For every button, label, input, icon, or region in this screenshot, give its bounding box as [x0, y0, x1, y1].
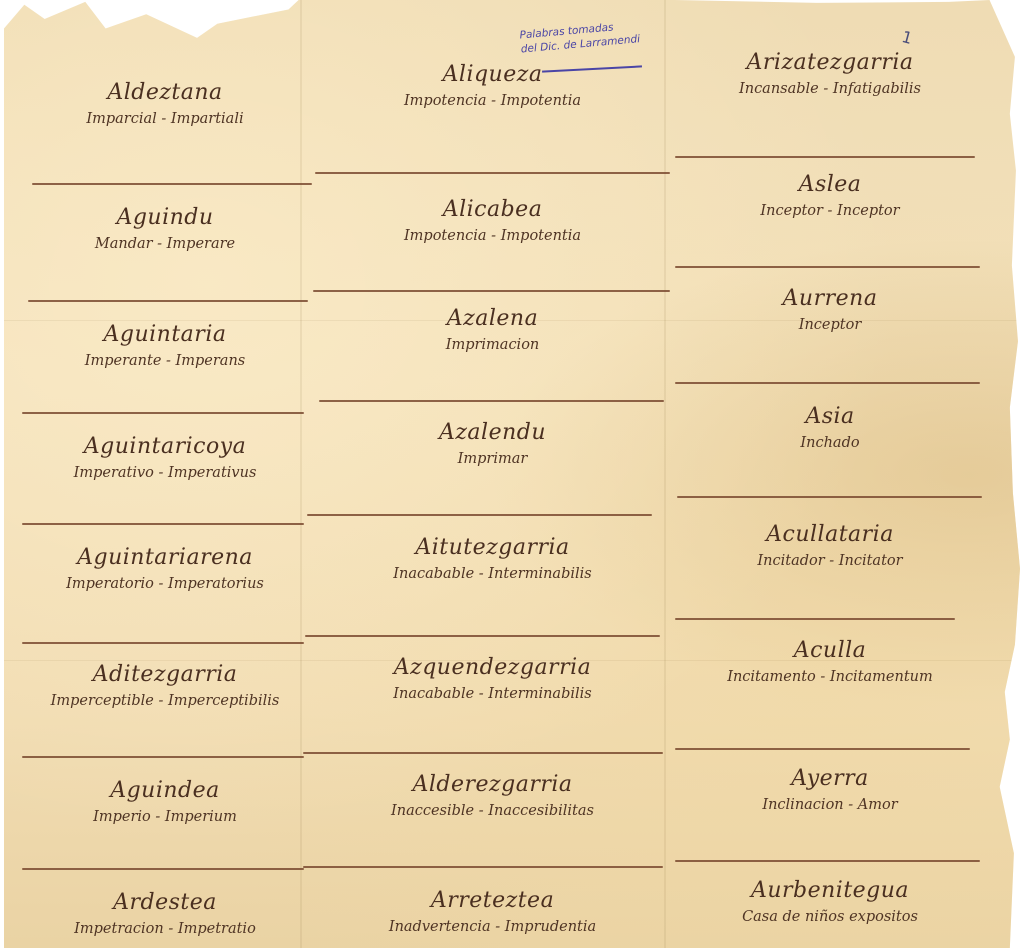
divider-rule	[675, 748, 970, 750]
basque-word: Aguindea	[20, 778, 310, 803]
translation: Imprimacion	[315, 337, 670, 353]
basque-word: Alderezgarria	[315, 772, 670, 797]
translation: Inclinacion - Amor	[675, 797, 985, 813]
dictionary-entry: AyerraInclinacion - Amor	[675, 766, 985, 813]
divider-rule	[675, 382, 980, 384]
translation: Inceptor - Inceptor	[675, 203, 985, 219]
translation: Inaccesible - Inaccesibilitas	[315, 803, 670, 819]
translation: Mandar - Imperare	[20, 236, 310, 252]
translation: Imperatorio - Imperatorius	[20, 576, 310, 592]
dictionary-entry: AldeztanaImparcial - Impartiali	[20, 80, 310, 127]
dictionary-entry: AditezgarriaImperceptible - Imperceptibi…	[20, 662, 310, 709]
divider-rule	[313, 290, 670, 292]
basque-word: Aculla	[675, 638, 985, 663]
translation: Inacabable - Interminabilis	[315, 686, 670, 702]
dictionary-entry: AzalenduImprimar	[315, 420, 670, 467]
divider-rule	[677, 496, 982, 498]
translation: Casa de niños expositos	[675, 909, 985, 925]
dictionary-entry: AsiaInchado	[675, 404, 985, 451]
dictionary-entry: AguinduMandar - Imperare	[20, 205, 310, 252]
basque-word: Acullataria	[675, 522, 985, 547]
basque-word: Aitutezgarria	[315, 535, 670, 560]
basque-word: Aurbenitegua	[675, 878, 985, 903]
basque-word: Aguindu	[20, 205, 310, 230]
basque-word: Alicabea	[315, 197, 670, 222]
divider-rule	[307, 514, 652, 516]
translation: Imprimar	[315, 451, 670, 467]
translation: Incitador - Incitator	[675, 553, 985, 569]
basque-word: Aguintariarena	[20, 545, 310, 570]
dictionary-entry: ArdesteaImpetracion - Impetratio	[20, 890, 310, 937]
translation: Imparcial - Impartiali	[20, 111, 310, 127]
translation: Imperativo - Imperativus	[20, 465, 310, 481]
dictionary-entry: AguindeaImperio - Imperium	[20, 778, 310, 825]
dictionary-entry: ArretezteaInadvertencia - Imprudentia	[315, 888, 670, 935]
divider-rule	[22, 412, 304, 414]
basque-word: Aguintaria	[20, 322, 310, 347]
dictionary-entry: AitutezgarriaInacabable - Interminabilis	[315, 535, 670, 582]
basque-word: Asia	[675, 404, 985, 429]
translation: Impotencia - Impotentia	[315, 228, 670, 244]
divider-rule	[675, 618, 955, 620]
translation: Inacabable - Interminabilis	[315, 566, 670, 582]
dictionary-entry: AguintariaImperante - Imperans	[20, 322, 310, 369]
divider-rule	[22, 642, 304, 644]
basque-word: Azquendezgarria	[315, 655, 670, 680]
divider-rule	[675, 266, 980, 268]
basque-word: Aslea	[675, 172, 985, 197]
basque-word: Arreteztea	[315, 888, 670, 913]
divider-rule	[315, 172, 670, 174]
basque-word: Aliqueza	[315, 62, 670, 87]
dictionary-entry: AcullaIncitamento - Incitamentum	[675, 638, 985, 685]
divider-rule	[319, 400, 664, 402]
divider-rule	[22, 756, 304, 758]
divider-rule	[22, 868, 304, 870]
basque-word: Aditezgarria	[20, 662, 310, 687]
dictionary-entry: AzalenaImprimacion	[315, 306, 670, 353]
dictionary-entry: AcullatariaIncitador - Incitator	[675, 522, 985, 569]
basque-word: Arizatezgarria	[675, 50, 985, 75]
divider-rule	[675, 156, 975, 158]
translation: Impetracion - Impetratio	[20, 921, 310, 937]
translation: Imperante - Imperans	[20, 353, 310, 369]
basque-word: Aurrena	[675, 286, 985, 311]
basque-word: Azalena	[315, 306, 670, 331]
divider-rule	[305, 635, 660, 637]
basque-word: Aldeztana	[20, 80, 310, 105]
basque-word: Azalendu	[315, 420, 670, 445]
translation: Inchado	[675, 435, 985, 451]
translation: Inadvertencia - Imprudentia	[315, 919, 670, 935]
translation: Imperio - Imperium	[20, 809, 310, 825]
divider-rule	[303, 752, 663, 754]
dictionary-entry: ArizatezgarriaIncansable - Infatigabilis	[675, 50, 985, 97]
dictionary-entry: AlicabeaImpotencia - Impotentia	[315, 197, 670, 244]
translation: Imperceptible - Imperceptibilis	[20, 693, 310, 709]
divider-rule	[22, 523, 304, 525]
dictionary-entry: AsleaInceptor - Inceptor	[675, 172, 985, 219]
translation: Impotencia - Impotentia	[315, 93, 670, 109]
dictionary-entry: AzquendezgarriaInacabable - Interminabil…	[315, 655, 670, 702]
divider-rule	[303, 866, 663, 868]
dictionary-entry: AliquezaImpotencia - Impotentia	[315, 62, 670, 109]
basque-word: Ayerra	[675, 766, 985, 791]
dictionary-entry: AguintaricoyaImperativo - Imperativus	[20, 434, 310, 481]
dictionary-entry: AguintariarenaImperatorio - Imperatorius	[20, 545, 310, 592]
divider-rule	[32, 183, 312, 185]
divider-rule	[28, 300, 308, 302]
translation: Incansable - Infatigabilis	[675, 81, 985, 97]
dictionary-entry: AurrenaInceptor	[675, 286, 985, 333]
basque-word: Ardestea	[20, 890, 310, 915]
translation: Inceptor	[675, 317, 985, 333]
translation: Incitamento - Incitamentum	[675, 669, 985, 685]
basque-word: Aguintaricoya	[20, 434, 310, 459]
dictionary-entry: AurbeniteguaCasa de niños expositos	[675, 878, 985, 925]
dictionary-entry: AlderezgarriaInaccesible - Inaccesibilit…	[315, 772, 670, 819]
divider-rule	[675, 860, 980, 862]
